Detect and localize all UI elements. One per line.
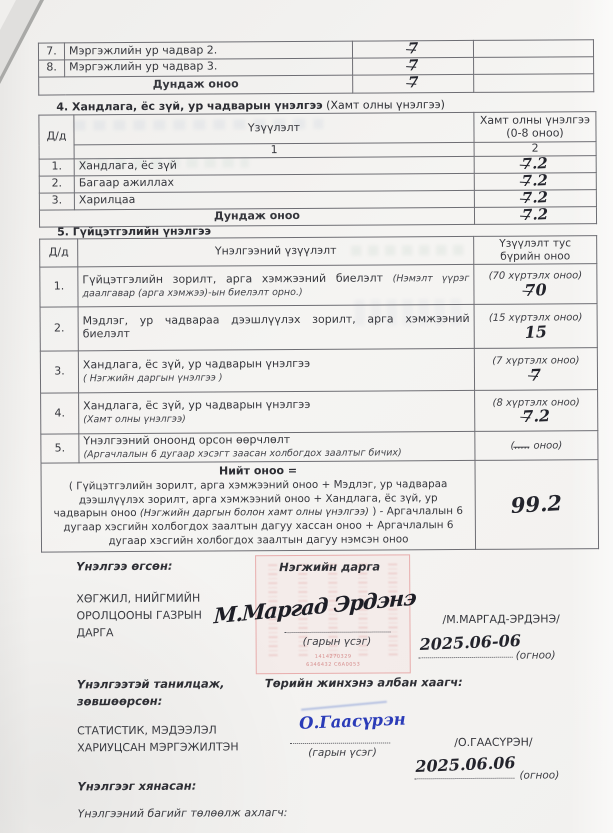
row-number-cell: 8. (39, 60, 65, 77)
date-caption: (огноо) (516, 649, 556, 661)
specialist-title-line: СТАТИСТИК, МЭДЭЭЛЭЛ (77, 721, 238, 739)
row-number-cell: 4. (41, 393, 79, 434)
score-cell: (15 хүртэлх оноо) 15 (474, 304, 597, 349)
criterion-label-cell: Гүйцэтгэлийн зорилт, арга хэмжээний биел… (78, 264, 474, 306)
header-row: Д/д Үнэлгээний үзүүлэлт Үзүүлэлт тус бүр… (40, 236, 597, 267)
date-text: 2025.06.06 (415, 753, 516, 776)
performance-evaluation-table: Д/д Үнэлгээний үзүүлэлт Үзүүлэлт тус бүр… (39, 235, 599, 552)
criterion-label-cell: Хандлага, ёс зүй, ур чадварын үнэлгээ( Н… (78, 348, 474, 392)
criterion-label-cell: Мэргэжлийн ур чадвар 3. (65, 58, 353, 77)
section4-title: 4. Хандлага, ёс зүй, ур чадварын үнэлгээ… (56, 98, 445, 113)
acknowledged-label: Үнэлгээтэй танилцаж, зөвшөөрсөн: (77, 675, 225, 709)
criterion-note: (Хамт олны үнэлгээ) (83, 412, 470, 426)
scanned-evaluation-form-page: 7. Мэргэжлийн ур чадвар 2. 7 8. Мэргэжли… (0, 0, 613, 833)
civil-servant-label: Төрийн жинхэнэ албан хаагч: (265, 674, 463, 692)
criterion-label-cell: Үнэлгээний оноонд орсон өөрчлөлт(Аргачла… (79, 431, 475, 462)
handwritten-date: 2025.06-06 (420, 633, 521, 653)
reviewed-by-label: Үнэлгээг хянасан: (77, 778, 196, 795)
row-number-cell: 5. (41, 434, 79, 463)
blue-pen-stroke (301, 701, 387, 711)
score-cell: 7.2 (474, 207, 596, 225)
empty-cell (474, 74, 594, 93)
criterion-note (83, 340, 470, 342)
average-row: Дундаж оноо 7.2 (39, 207, 596, 227)
handwritten-score: 7 (408, 76, 419, 91)
row-number-cell: 1. (39, 159, 74, 176)
handwritten-score: 7.2 (522, 207, 549, 223)
handwritten-score: 7.2 (522, 408, 550, 425)
table-row: 5. Үнэлгээний оноонд орсон өөрчлөлт(Арга… (41, 431, 598, 463)
average-label-cell: Дундаж оноо (39, 207, 474, 227)
score-cell: (..... оноо) (475, 431, 598, 461)
total-score-row: Нийт оноо = ( Гүйцэтгэлийн зорилт, арга … (41, 460, 599, 552)
score-cell: (8 хүртэлх оноо) 7.2 (475, 390, 598, 432)
evaluator-title: ХӨГЖИЛ, НИЙГМИЙН ОРОЛЦООНЫ ГАЗРЫН ДАРГА (76, 590, 202, 642)
criterion-note: (Аргачлалын 6 дугаар хэсэгт заасан холбо… (83, 447, 470, 461)
signature-blue: О.Гаасүрэн (299, 711, 406, 731)
handwritten-score: 7 (408, 58, 419, 73)
col-header-score: Үзүүлэлт тус бүрийн оноо (474, 236, 597, 265)
criterion-label-cell: Мэдлэг, ур чадвараа дээшлүүлэх зорилт, а… (78, 304, 474, 350)
date-dotted-line (414, 778, 514, 780)
average-row: Дундаж оноо 7 (39, 74, 594, 95)
section4-title-bold: 4. Хандлага, ёс зүй, ур чадварын үнэлгээ (56, 99, 322, 114)
specialist-name: /О.ГААСҮРЭН/ (454, 736, 532, 749)
evaluator-title-line: ДАРГА (76, 624, 202, 642)
average-label-cell: Дундаж оноо (39, 75, 353, 95)
header-row: Д/д Үзүүлэлт Хамт олны үнэлгээ (0-8 оноо… (39, 112, 596, 145)
row-number-cell: 3. (40, 351, 78, 393)
specialist-title: СТАТИСТИК, МЭДЭЭЛЭЛ ХАРИУЦСАН МЭРГЭЖИЛТЭ… (77, 721, 239, 756)
col-header-score: Хамт олны үнэлгээ (0-8 оноо) (474, 112, 596, 143)
total-score-formula: ( Гүйцэтгэлийн зорилт, арга хэмжээний он… (46, 477, 471, 551)
acknowledged-label-line: Үнэлгээтэй танилцаж, (77, 675, 225, 693)
criterion-label-cell: Хандлага, ёс зүй, ур чадварын үнэлгээ(Ха… (79, 390, 475, 433)
professional-skills-score-table: 7. Мэргэжлийн ур чадвар 2. 7 8. Мэргэжли… (38, 39, 594, 95)
table-row: 1. Гүйцэтгэлийн зорилт, арга хэмжээний б… (40, 264, 597, 307)
col-header-num: Д/д (40, 239, 78, 267)
max-score-label: (..... оноо) (479, 438, 593, 452)
handwritten-score: 7 (407, 41, 418, 56)
row-number-cell: 7. (38, 43, 64, 60)
criterion-label-cell: Мэргэжлийн ур чадвар 2. (64, 41, 352, 60)
specialist-title-line: ХАРИУЦСАН МЭРГЭЖИЛТЭН (77, 738, 238, 756)
score-cell: (7 хүртэлх оноо) 7 (474, 348, 597, 391)
handwritten-score: 15 (524, 324, 547, 341)
signature-dotted-line (290, 742, 390, 744)
date-text: 2025.06-06 (419, 631, 521, 654)
evaluator-name: /М.МАРГАД-ЭРДЭНЭ/ (442, 612, 559, 626)
total-formula-cell: Нийт оноо = ( Гүйцэтгэлийн зорилт, арга … (41, 460, 476, 551)
criterion-note: ( Нэгжийн даргын үнэлгээ ) (83, 371, 470, 385)
col-header-score-line1: Хамт олны үнэлгээ (478, 114, 591, 128)
col-header-indicator: Үнэлгээний үзүүлэлт (78, 236, 474, 266)
formula-italic-part: (Нэгжийн даргын болон хамт олны үнэлгээ) (140, 507, 369, 519)
row-number-cell: 2. (40, 307, 78, 351)
handwritten-score: 7.2 (522, 156, 549, 172)
handwritten-score: 70 (524, 282, 547, 299)
criterion-label: Хандлага, ёс зүй, ур чадварын үнэлгээ (83, 398, 310, 412)
evaluator-title-line: ОРОЛЦООНЫ ГАЗРЫН (76, 607, 202, 625)
criterion-label: Гүйцэтгэлийн зорилт, арга хэмжээний биел… (82, 271, 392, 286)
total-score-cell: 99.2 (475, 460, 599, 550)
stamp-number-line: 6346432 С6А0053 (257, 661, 410, 669)
table-row: 4. Хандлага, ёс зүй, ур чадварын үнэлгээ… (41, 390, 598, 434)
col-header-num: Д/д (39, 115, 74, 159)
row-number-cell: 1. (40, 267, 78, 307)
signature-scribble: М.Маргад Эрдэнэ (213, 593, 416, 619)
score-cell: 7 (353, 74, 474, 93)
signature-text: О.Гаасүрэн (299, 710, 406, 733)
col-header-indicator: Үзүүлэлт (74, 112, 474, 144)
evaluator-title-line: ХӨГЖИЛ, НИЙГМИЙН (76, 590, 202, 608)
acknowledged-label-line: зөвшөөрсөн: (77, 692, 225, 710)
team-lead-label: Үнэлгээний багийг төлөөлж ахлагч: (78, 806, 288, 820)
signature-caption: (гарын үсэг) (308, 747, 377, 759)
table-row: 2. Мэдлэг, ур чадвараа дээшлүүлэх зорилт… (40, 304, 597, 351)
criterion-label: Мэдлэг, ур чадвараа дээшлүүлэх зорилт, а… (83, 312, 470, 340)
date-caption: (огноо) (519, 769, 559, 781)
unit-head-label: Нэгжийн дарга (279, 559, 380, 576)
handwritten-score: 7 (530, 367, 542, 383)
evaluation-given-by-label: Үнэлгээ өгсөн: (76, 558, 172, 575)
section4-title-suffix: (Хамт олны үнэлгээ) (323, 98, 445, 112)
col-header-score-line2: (0-8 оноо) (478, 127, 591, 141)
table-row: 3. Хандлага, ёс зүй, ур чадварын үнэлгээ… (40, 348, 597, 393)
score-cell: (70 хүртэлх оноо) 70 (474, 264, 597, 305)
criterion-label: Хандлага, ёс зүй, ур чадварын үнэлгээ (83, 357, 310, 371)
handwritten-score: 7.2 (522, 190, 549, 206)
handwritten-total-score: 99.2 (511, 492, 563, 516)
date-dotted-line (419, 657, 513, 659)
empty-cell (473, 40, 593, 58)
signature-caption: (гарын үсэг) (303, 636, 372, 648)
row-number-cell: 2. (39, 176, 74, 193)
handwritten-date: 2025.06.06 (415, 755, 515, 775)
peer-evaluation-table: Д/д Үзүүлэлт Хамт олны үнэлгээ (0-8 оноо… (38, 111, 597, 227)
empty-cell (474, 57, 594, 75)
handwritten-score: 7.2 (522, 173, 549, 189)
section5-title: 5. Гүйцэтгэлийн үнэлгээ (57, 225, 211, 239)
criterion-label: Үнэлгээний оноонд орсон өөрчлөлт (83, 433, 290, 447)
row-number-cell: 3. (39, 193, 74, 210)
